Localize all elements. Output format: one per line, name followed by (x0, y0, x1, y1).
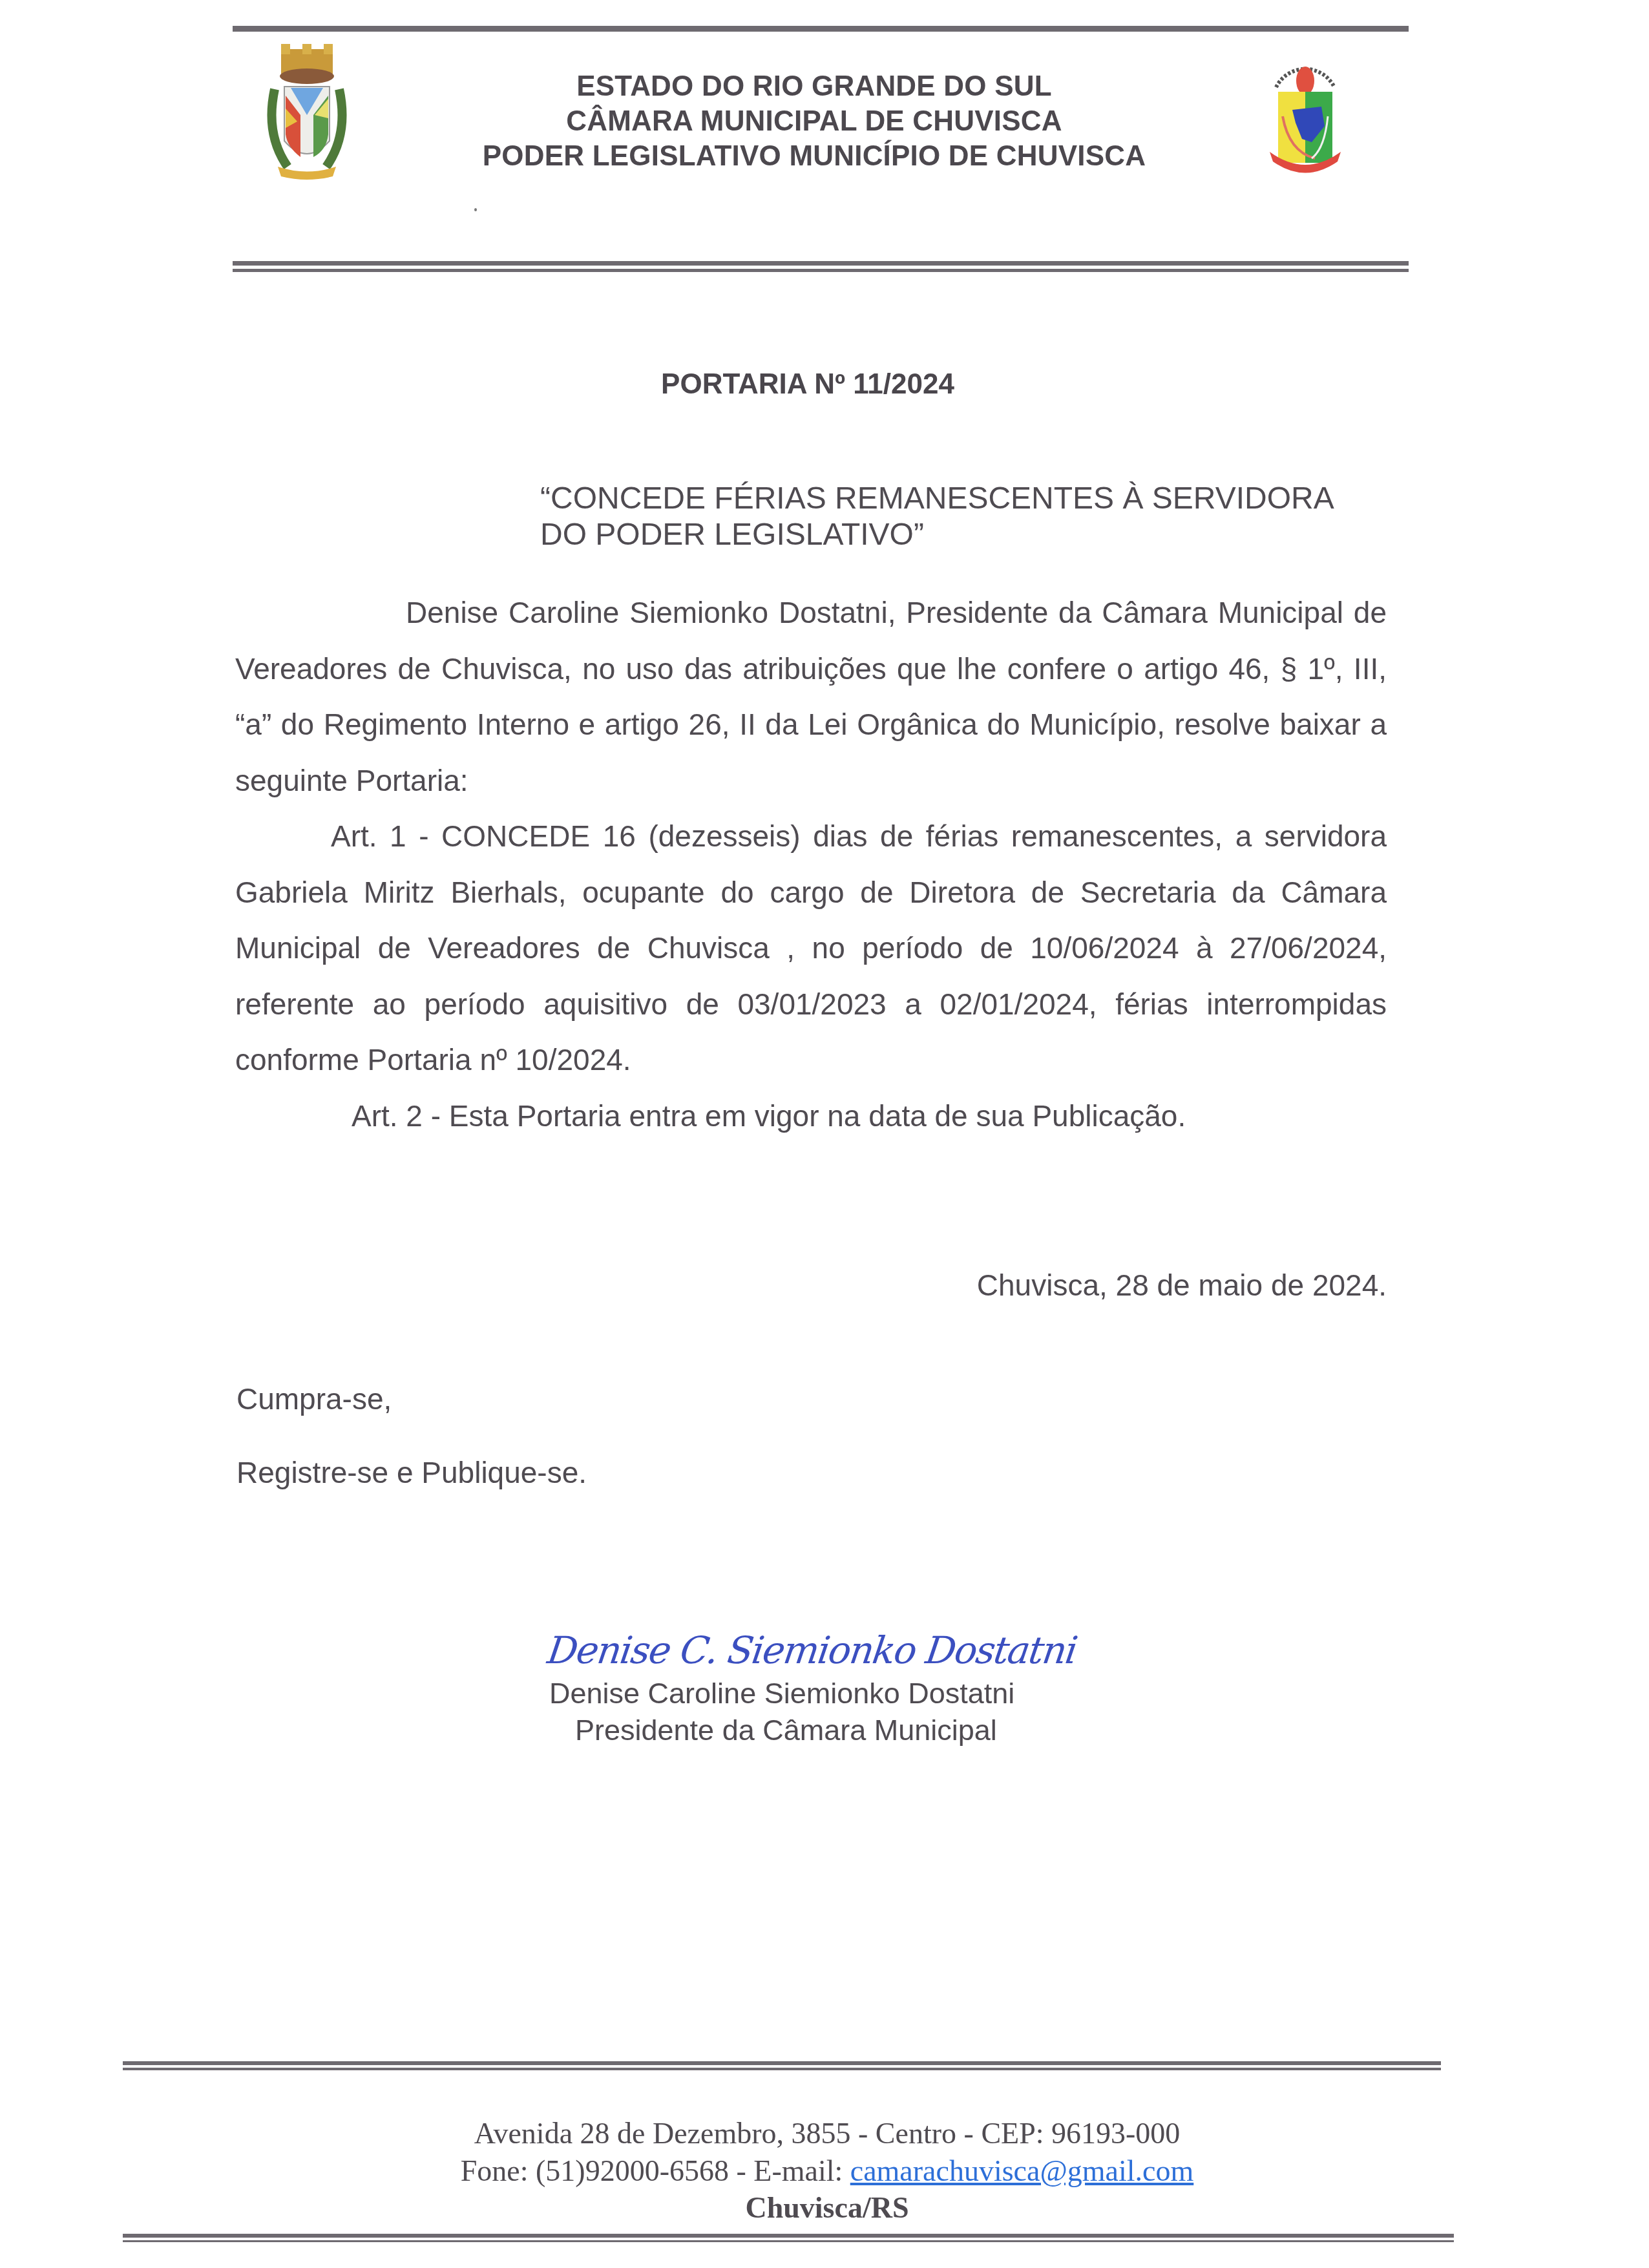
footer-bottom-rule-2 (123, 2240, 1454, 2242)
footer-city: Chuvisca/RS (194, 2190, 1460, 2225)
coat-of-arms-icon (262, 44, 352, 186)
header-state-name: ESTADO DO RIO GRANDE DO SUL (414, 70, 1215, 103)
article-1-paragraph: Art. 1 - CONCEDE 16 (dezesseis) dias de … (235, 808, 1387, 1088)
signatory-role: Presidente da Câmara Municipal (575, 1714, 997, 1747)
preamble-paragraph: Denise Caroline Siemionko Dostatni, Pres… (235, 585, 1387, 808)
footer-phone: Fone: (51)92000-6568 - E-mail: (461, 2154, 850, 2187)
footer-top-rule-2 (123, 2068, 1441, 2070)
document-title: PORTARIA Nº 11/2024 (452, 368, 1163, 401)
header-bottom-rule-2 (233, 269, 1409, 272)
handwritten-signature: Denise C. Siemionko Dostatni (545, 1628, 1079, 1672)
document-summary-line-1: “CONCEDE FÉRIAS REMANESCENTES À SERVIDOR… (540, 481, 1393, 517)
document-summary: “CONCEDE FÉRIAS REMANESCENTES À SERVIDOR… (540, 481, 1393, 553)
footer-contact: Fone: (51)92000-6568 - E-mail: camarachu… (194, 2154, 1460, 2188)
header-top-rule (233, 26, 1409, 32)
header-bottom-rule (233, 261, 1409, 266)
footer-top-rule (123, 2061, 1441, 2065)
closing-register-publish: Registre-se e Publique-se. (236, 1455, 587, 1490)
document-date: Chuvisca, 28 de maio de 2024. (977, 1268, 1387, 1303)
header-chamber-name: CÂMARA MUNICIPAL DE CHUVISCA (414, 105, 1215, 138)
signatory-name: Denise Caroline Siemionko Dostatni (549, 1677, 1079, 1710)
footer-address: Avenida 28 de Dezembro, 3855 - Centro - … (194, 2116, 1460, 2150)
footer-email-link[interactable]: camarachuvisca@gmail.com (850, 2154, 1194, 2187)
document-body: Denise Caroline Siemionko Dostatni, Pres… (235, 585, 1387, 1144)
closing-comply: Cumpra-se, (236, 1381, 392, 1416)
article-2-paragraph: Art. 2 - Esta Portaria entra em vigor na… (235, 1088, 1387, 1144)
footer-bottom-rule (123, 2234, 1454, 2238)
legislative-seal-icon (1260, 45, 1350, 181)
scan-speck (474, 208, 477, 211)
header-legislative-power: PODER LEGISLATIVO MUNICÍPIO DE CHUVISCA (414, 140, 1215, 173)
document-summary-line-2: DO PODER LEGISLATIVO” (540, 517, 1393, 553)
